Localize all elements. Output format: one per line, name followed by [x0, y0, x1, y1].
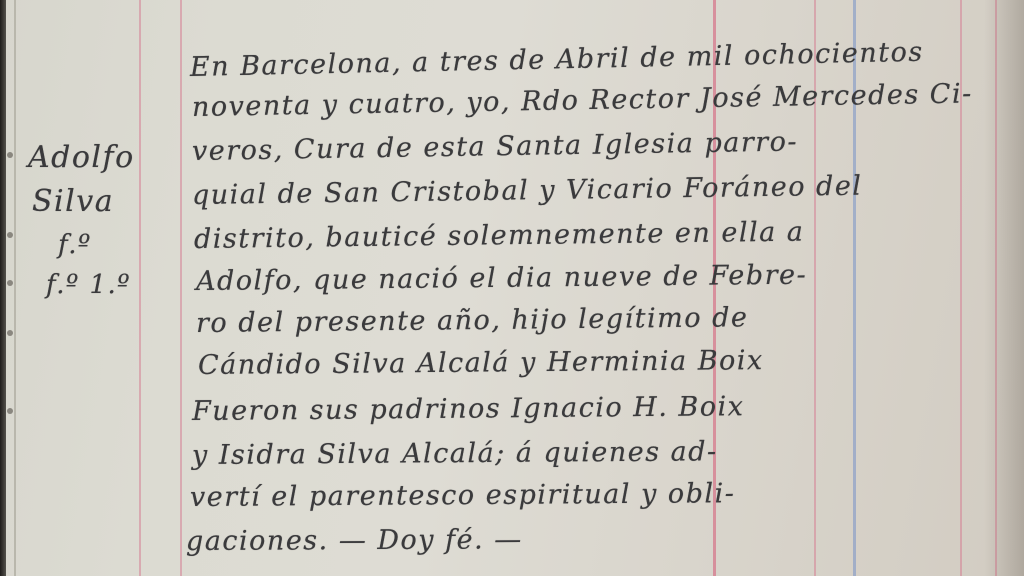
binding-hole: [7, 152, 13, 158]
margin-note-1: f.º: [58, 230, 92, 260]
register-page: Adolfo Silva f.º f.º 1.º En Barcelona, a…: [0, 0, 1024, 576]
margin-name-surname: Silva: [32, 184, 114, 219]
margin-rule-right: [180, 0, 182, 576]
body-line-6: Adolfo, que nació el dia nueve de Febre-: [196, 260, 807, 297]
margin-rule-left: [139, 0, 141, 576]
body-line-8: Cándido Silva Alcalá y Herminia Boix: [198, 345, 764, 381]
body-line-9: Fueron sus padrinos Ignacio H. Boix: [192, 391, 745, 427]
body-line-4: quial de San Cristobal y Vicario Foráneo…: [192, 171, 863, 211]
binding-hole: [7, 232, 13, 238]
body-line-3: veros, Cura de esta Santa Iglesia parro-: [192, 126, 798, 167]
margin-note-2: f.º 1.º: [46, 270, 131, 300]
binding-hole: [7, 408, 13, 414]
body-line-11: vertí el parentesco espiritual y obli-: [190, 478, 736, 513]
binding-hole: [7, 280, 13, 286]
margin-name-first: Adolfo: [28, 140, 135, 175]
body-line-10: y Isidra Silva Alcalá; á quienes ad-: [192, 436, 718, 471]
binding-edge: [0, 0, 6, 576]
body-line-7: ro del presente año, hijo legítimo de: [196, 302, 749, 339]
binding-hole: [7, 330, 13, 336]
page-shadow: [984, 0, 1024, 576]
page-fold-line: [14, 0, 16, 576]
body-line-12: gaciones. — Doy fé. —: [186, 524, 523, 557]
